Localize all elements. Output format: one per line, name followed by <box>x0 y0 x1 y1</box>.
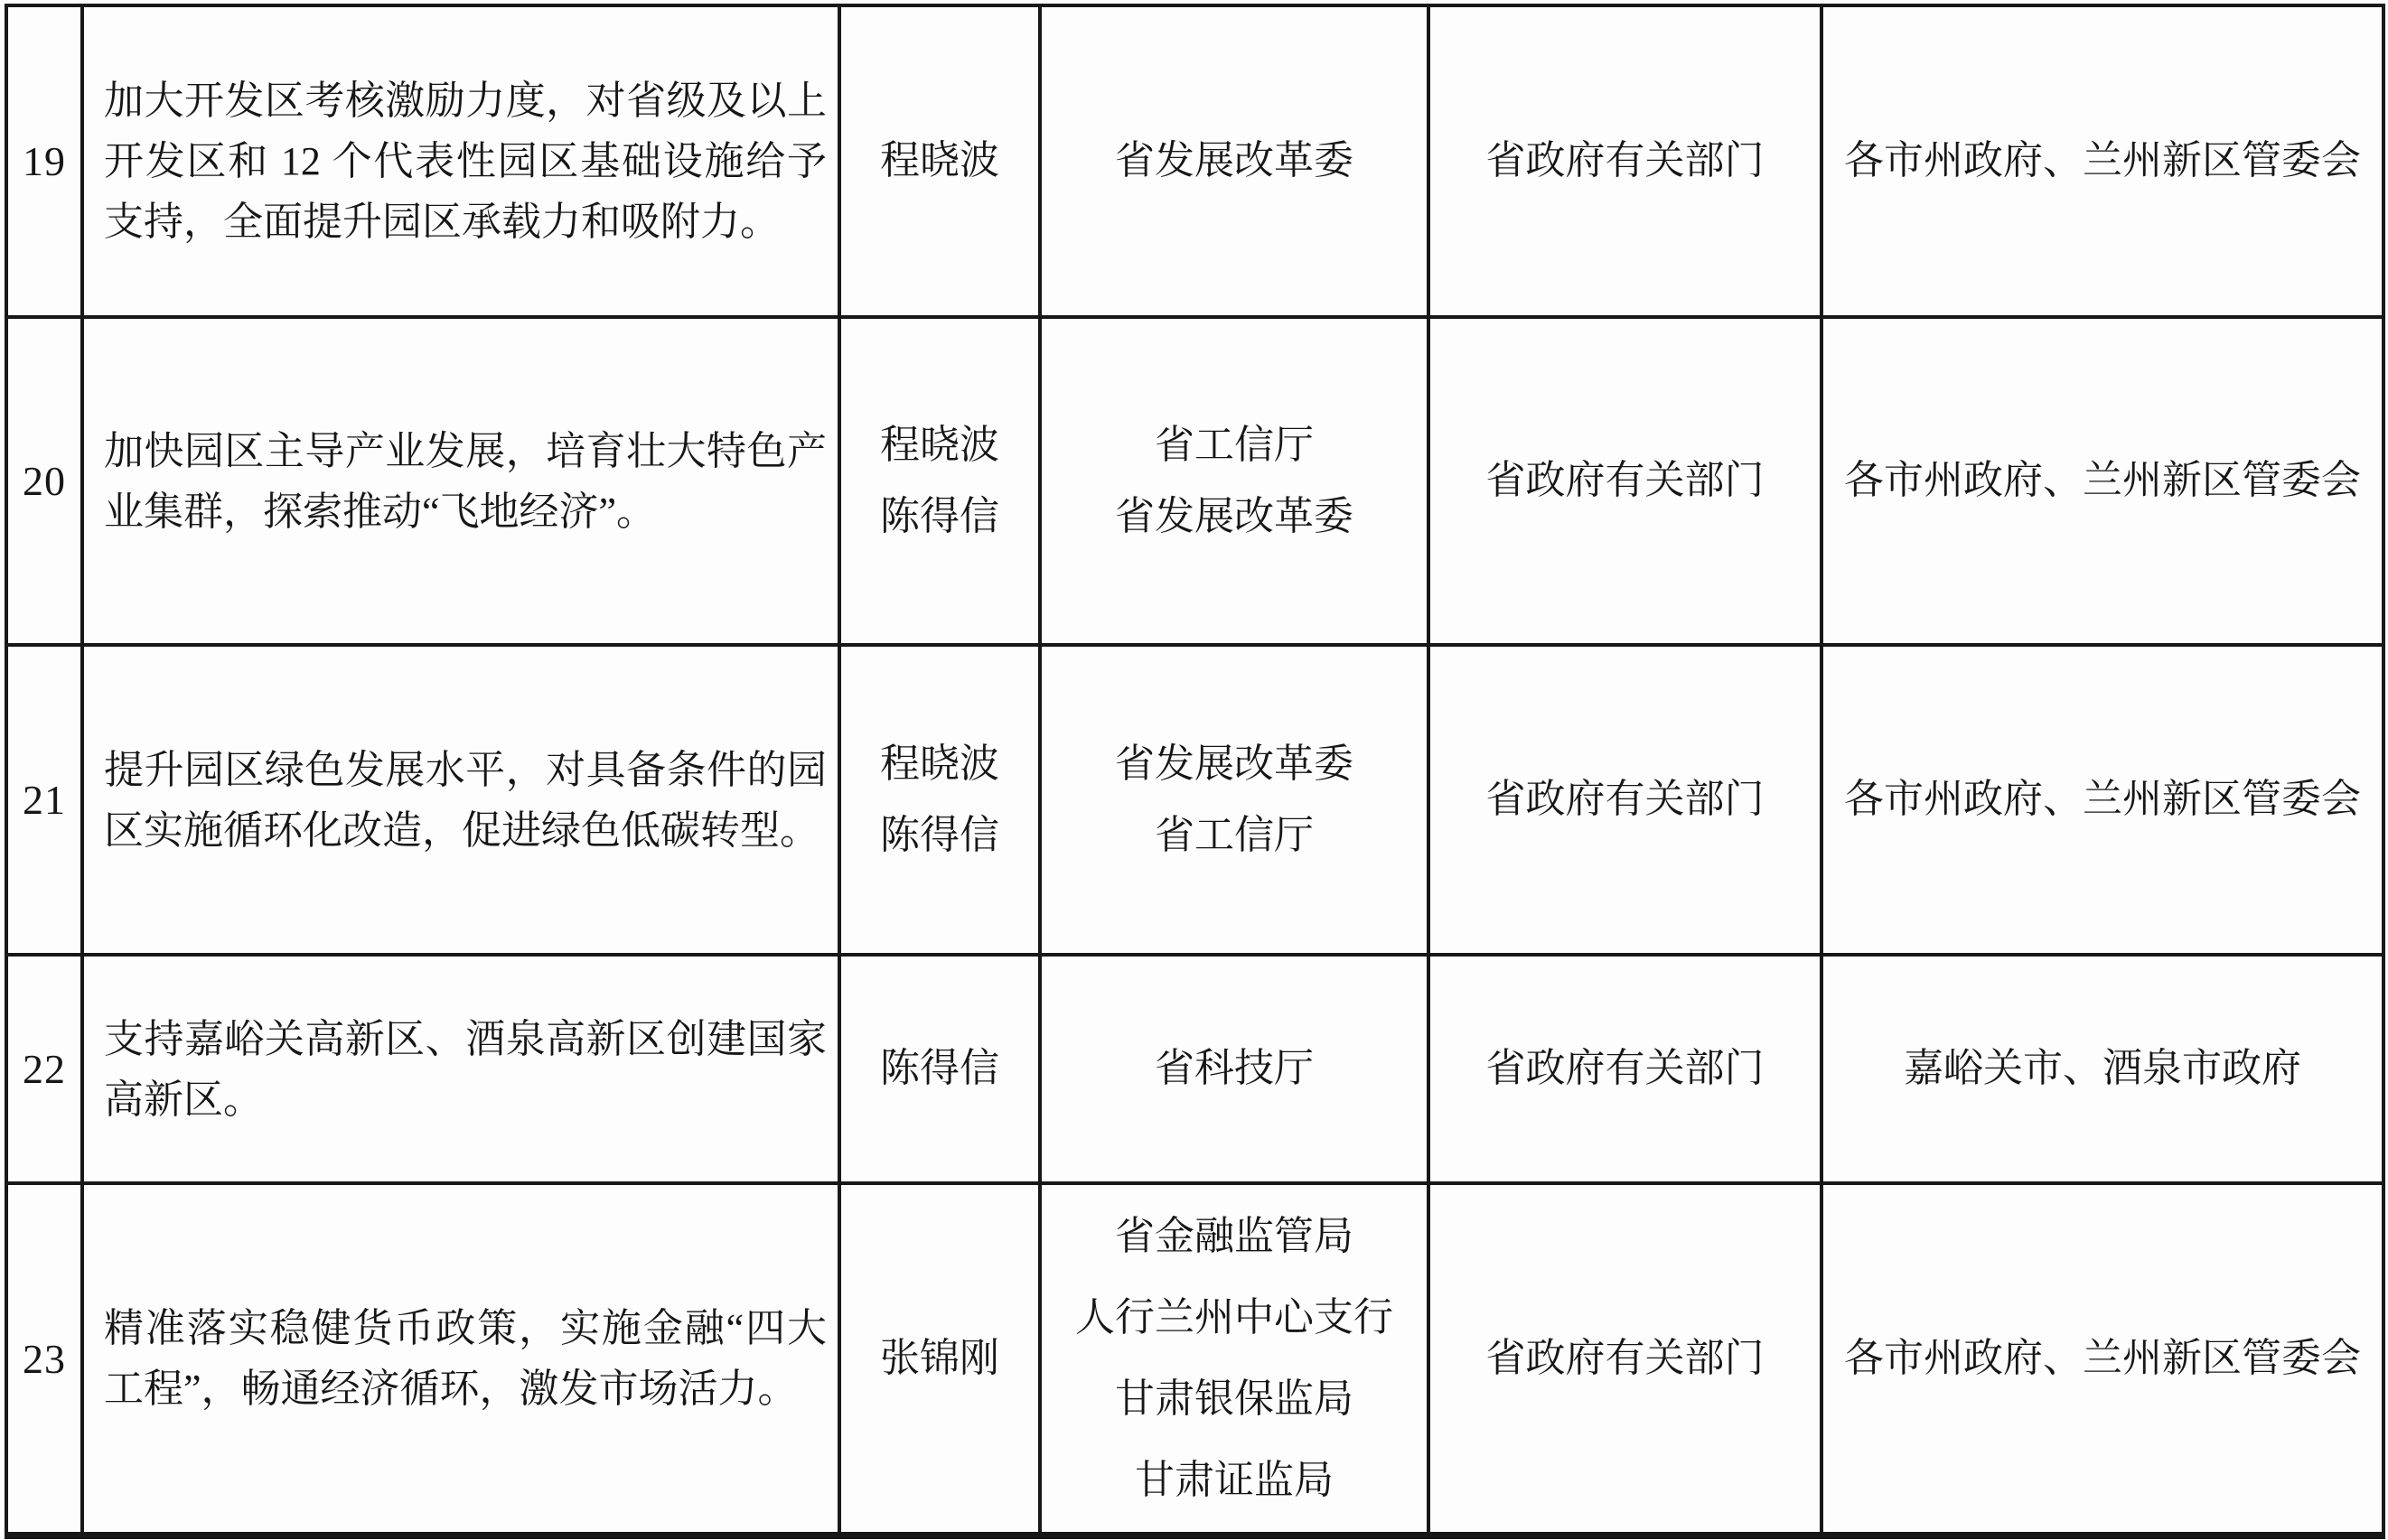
leader-cell: 程晓波 陈得信 <box>839 317 1040 645</box>
responsible-dept-cell: 省科技厅 <box>1040 955 1428 1183</box>
table-row: 20 加快园区主导产业发展，培育壮大特色产业集群，探索推动“飞地经济”。 程晓波… <box>6 317 2383 645</box>
local-govt-cell: 各市州政府、兰州新区管委会 <box>1821 317 2383 645</box>
row-number-cell: 21 <box>6 645 82 955</box>
task-cell: 加大开发区考核激励力度，对省级及以上开发区和 12 个代表性园区基础设施给予支持… <box>82 5 839 317</box>
responsible-dept-cell: 省工信厅 省发展改革委 <box>1040 317 1428 645</box>
task-cell: 提升园区绿色发展水平，对具备条件的园区实施循环化改造，促进绿色低碳转型。 <box>82 645 839 955</box>
related-dept-cell: 省政府有关部门 <box>1428 645 1821 955</box>
table-row: 22 支持嘉峪关高新区、酒泉高新区创建国家高新区。 陈得信 省科技厅 省政府有关… <box>6 955 2383 1183</box>
leader-cell: 程晓波 陈得信 <box>839 645 1040 955</box>
responsible-dept-cell: 省金融监管局 人行兰州中心支行 甘肃银保监局 甘肃证监局 <box>1040 1183 1428 1535</box>
table-row: 23 精准落实稳健货币政策，实施金融“四大工程”，畅通经济循环，激发市场活力。 … <box>6 1183 2383 1535</box>
row-number-cell: 23 <box>6 1183 82 1535</box>
responsible-dept-cell: 省发展改革委 省工信厅 <box>1040 645 1428 955</box>
responsibility-table: 19 加大开发区考核激励力度，对省级及以上开发区和 12 个代表性园区基础设施给… <box>5 4 2385 1539</box>
leader-cell: 程晓波 <box>839 5 1040 317</box>
local-govt-cell: 嘉峪关市、酒泉市政府 <box>1821 955 2383 1183</box>
leader-cell: 张锦刚 <box>839 1183 1040 1535</box>
local-govt-cell: 各市州政府、兰州新区管委会 <box>1821 5 2383 317</box>
related-dept-cell: 省政府有关部门 <box>1428 955 1821 1183</box>
row-number-cell: 22 <box>6 955 82 1183</box>
leader-cell: 陈得信 <box>839 955 1040 1183</box>
related-dept-cell: 省政府有关部门 <box>1428 1183 1821 1535</box>
table-row: 21 提升园区绿色发展水平，对具备条件的园区实施循环化改造，促进绿色低碳转型。 … <box>6 645 2383 955</box>
task-cell: 精准落实稳健货币政策，实施金融“四大工程”，畅通经济循环，激发市场活力。 <box>82 1183 839 1535</box>
related-dept-cell: 省政府有关部门 <box>1428 317 1821 645</box>
task-cell: 加快园区主导产业发展，培育壮大特色产业集群，探索推动“飞地经济”。 <box>82 317 839 645</box>
row-number-cell: 19 <box>6 5 82 317</box>
related-dept-cell: 省政府有关部门 <box>1428 5 1821 317</box>
task-cell: 支持嘉峪关高新区、酒泉高新区创建国家高新区。 <box>82 955 839 1183</box>
document-page: 19 加大开发区考核激励力度，对省级及以上开发区和 12 个代表性园区基础设施给… <box>0 0 2388 1540</box>
table-row: 19 加大开发区考核激励力度，对省级及以上开发区和 12 个代表性园区基础设施给… <box>6 5 2383 317</box>
local-govt-cell: 各市州政府、兰州新区管委会 <box>1821 1183 2383 1535</box>
row-number-cell: 20 <box>6 317 82 645</box>
local-govt-cell: 各市州政府、兰州新区管委会 <box>1821 645 2383 955</box>
responsible-dept-cell: 省发展改革委 <box>1040 5 1428 317</box>
